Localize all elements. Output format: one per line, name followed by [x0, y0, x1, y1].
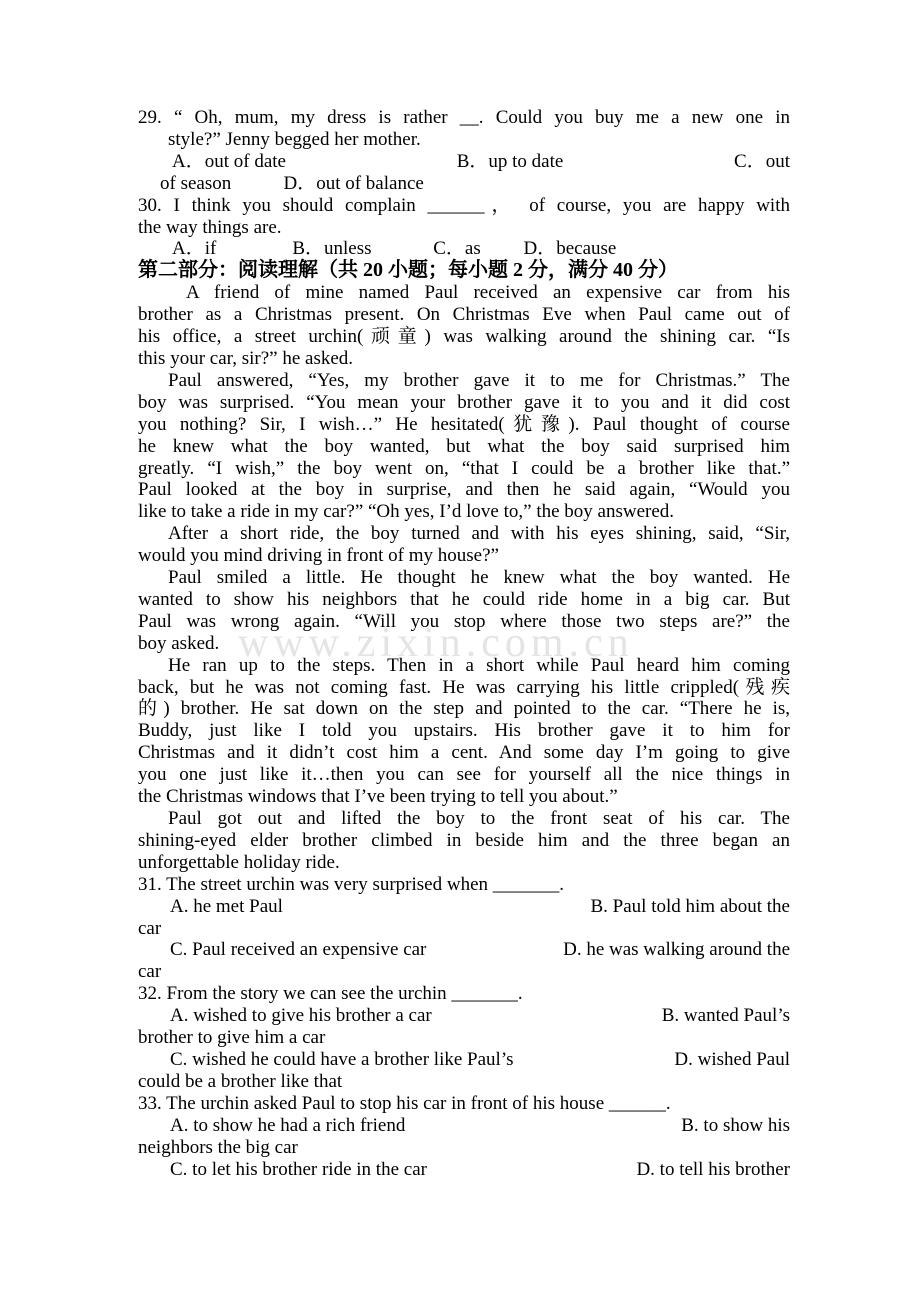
option-segment: B. Paul told him about the: [591, 896, 791, 918]
text-line: car: [138, 961, 790, 983]
text-line: A．if B．unless C．as D．because: [138, 238, 790, 260]
text-line: boy asked.: [138, 633, 790, 655]
option-segment: C．out: [734, 151, 790, 173]
option-segment: A. to show he had a rich friend: [170, 1115, 405, 1137]
text-line: wanted to show his neighbors that he cou…: [138, 589, 790, 611]
text-line: C. Paul received an expensive carD. he w…: [138, 939, 790, 961]
option-segment: B．up to date: [457, 151, 564, 173]
text-line: brother as a Christmas present. On Chris…: [138, 304, 790, 326]
section-heading: 第二部分：阅读理解（共 20 小题；每小题 2 分，满分 40 分）: [138, 260, 790, 282]
text-line: A. he met PaulB. Paul told him about the: [138, 896, 790, 918]
text-line: A. to show he had a rich friendB. to sho…: [138, 1115, 790, 1137]
option-segment: A. wished to give his brother a car: [170, 1005, 432, 1027]
option-segment: D. to tell his brother: [636, 1159, 790, 1181]
text-line: greatly. “I wish,” the boy went on, “tha…: [138, 458, 790, 480]
text-line: Paul looked at the boy in surprise, and …: [138, 479, 790, 501]
text-line: Paul answered, “Yes, my brother gave it …: [138, 370, 790, 392]
text-line: you one just like it…then you can see fo…: [138, 764, 790, 786]
text-line: Paul got out and lifted the boy to the f…: [138, 808, 790, 830]
text-line: 30. I think you should complain ______， …: [138, 195, 790, 217]
text-line: could be a brother like that: [138, 1071, 790, 1093]
text-line: style?” Jenny begged her mother.: [138, 129, 790, 151]
exam-page: www.zixin.com.cn 29. “ Oh, mum, my dress…: [0, 0, 920, 1302]
text-line: Buddy, just like I told you upstairs. Hi…: [138, 720, 790, 742]
text-line: 29. “ Oh, mum, my dress is rather __. Co…: [138, 107, 790, 129]
text-line: neighbors the big car: [138, 1137, 790, 1159]
text-line: 的) brother. He sat down on the step and …: [138, 698, 790, 720]
text-line: He ran up to the steps. Then in a short …: [138, 655, 790, 677]
text-line: unforgettable holiday ride.: [138, 852, 790, 874]
text-line: C. to let his brother ride in the carD. …: [138, 1159, 790, 1181]
text-line: A friend of mine named Paul received an …: [138, 282, 790, 304]
text-line: car: [138, 918, 790, 940]
text-line: the way things are.: [138, 217, 790, 239]
option-segment: C. wished he could have a brother like P…: [170, 1049, 514, 1071]
text-line: Paul was wrong again. “Will you stop whe…: [138, 611, 790, 633]
text-line: 31. The street urchin was very surprised…: [138, 874, 790, 896]
option-segment: B. wanted Paul’s: [662, 1005, 790, 1027]
text-line: brother to give him a car: [138, 1027, 790, 1049]
text-line: you nothing? Sir, I wish…” He hesitated(…: [138, 414, 790, 436]
option-segment: C. Paul received an expensive car: [170, 939, 426, 961]
text-line: he knew what the boy wanted, but what th…: [138, 436, 790, 458]
option-segment: A. he met Paul: [170, 896, 283, 918]
text-line: A. wished to give his brother a carB. wa…: [138, 1005, 790, 1027]
text-line: C. wished he could have a brother like P…: [138, 1049, 790, 1071]
text-line: 33. The urchin asked Paul to stop his ca…: [138, 1093, 790, 1115]
option-segment: B. to show his: [681, 1115, 790, 1137]
text-line: 32. From the story we can see the urchin…: [138, 983, 790, 1005]
option-segment: A．out of date: [172, 151, 286, 173]
text-line: like to take a ride in my car?” “Oh yes,…: [138, 501, 790, 523]
text-line: of season D．out of balance: [138, 173, 790, 195]
text-line: his office, a street urchin(顽童) was walk…: [138, 326, 790, 348]
option-segment: C. to let his brother ride in the car: [170, 1159, 427, 1181]
document-body: 29. “ Oh, mum, my dress is rather __. Co…: [138, 107, 790, 1180]
text-line: Paul smiled a little. He thought he knew…: [138, 567, 790, 589]
text-line: A．out of dateB．up to dateC．out: [138, 151, 790, 173]
option-segment: D. wished Paul: [674, 1049, 790, 1071]
text-line: the Christmas windows that I’ve been try…: [138, 786, 790, 808]
text-line: back, but he was not coming fast. He was…: [138, 677, 790, 699]
option-segment: D. he was walking around the: [563, 939, 790, 961]
text-line: After a short ride, the boy turned and w…: [138, 523, 790, 545]
text-line: Christmas and it didn’t cost him a cent.…: [138, 742, 790, 764]
text-line: shining-eyed elder brother climbed in be…: [138, 830, 790, 852]
text-line: this your car, sir?” he asked.: [138, 348, 790, 370]
text-line: boy was surprised. “You mean your brothe…: [138, 392, 790, 414]
text-line: would you mind driving in front of my ho…: [138, 545, 790, 567]
